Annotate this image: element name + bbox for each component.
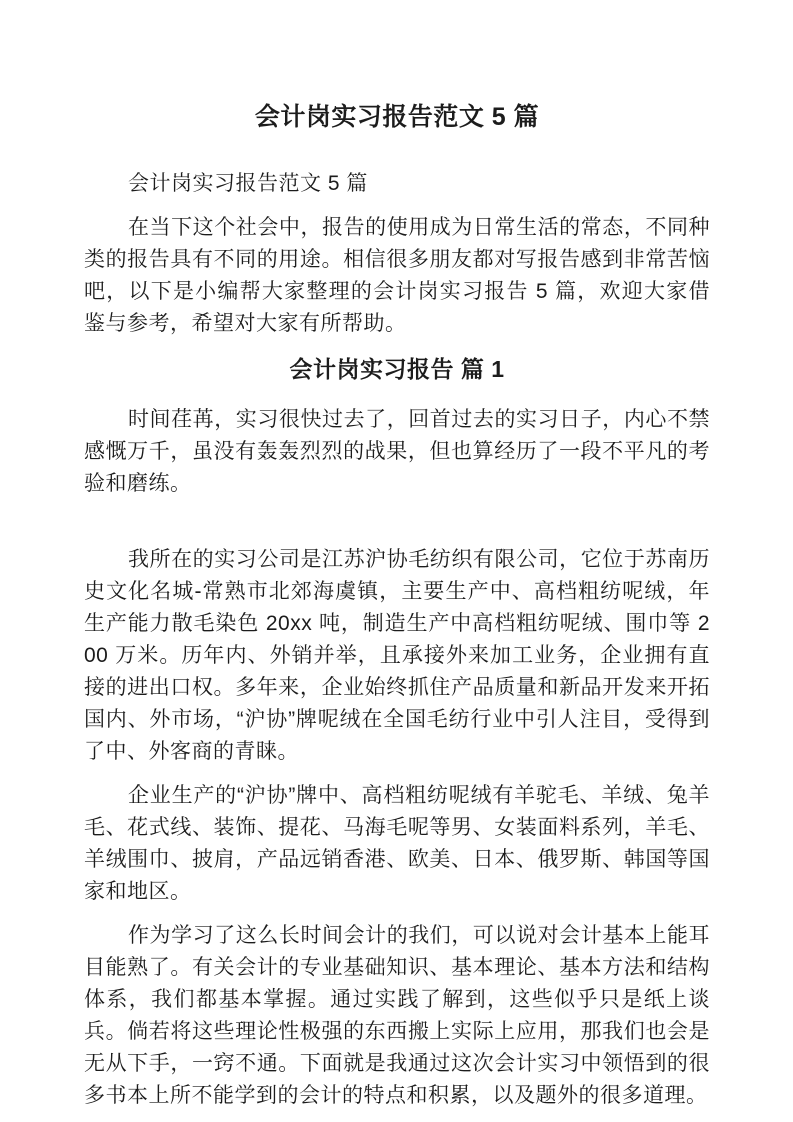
document-page: 会计岗实习报告范文 5 篇 会计岗实习报告范文 5 篇 在当下这个社会中，报告的… bbox=[0, 0, 793, 1122]
intro-paragraph: 在当下这个社会中，报告的使用成为日常生活的常态，不同种类的报告具有不同的用途。相… bbox=[84, 212, 710, 340]
body-paragraph: 企业生产的“沪协”牌中、高档粗纺呢绒有羊驼毛、羊绒、兔羊毛、花式线、装饰、提花、… bbox=[84, 780, 710, 908]
body-paragraph: 作为学习了这么长时间会计的我们，可以说对会计基本上能耳目能熟了。有关会计的专业基… bbox=[84, 920, 710, 1112]
document-title: 会计岗实习报告范文 5 篇 bbox=[84, 99, 710, 136]
body-paragraph: 我所在的实习公司是江苏沪协毛纺织有限公司，它位于苏南历史文化名城-常熟市北郊海虞… bbox=[84, 544, 710, 768]
body-paragraph: 时间荏苒，实习很快过去了，回首过去的实习日子，内心不禁感慨万千，虽没有轰轰烈烈的… bbox=[84, 404, 710, 500]
intro-lead-paragraph: 会计岗实习报告范文 5 篇 bbox=[84, 168, 710, 200]
section-heading-part1: 会计岗实习报告 篇 1 bbox=[84, 352, 710, 386]
